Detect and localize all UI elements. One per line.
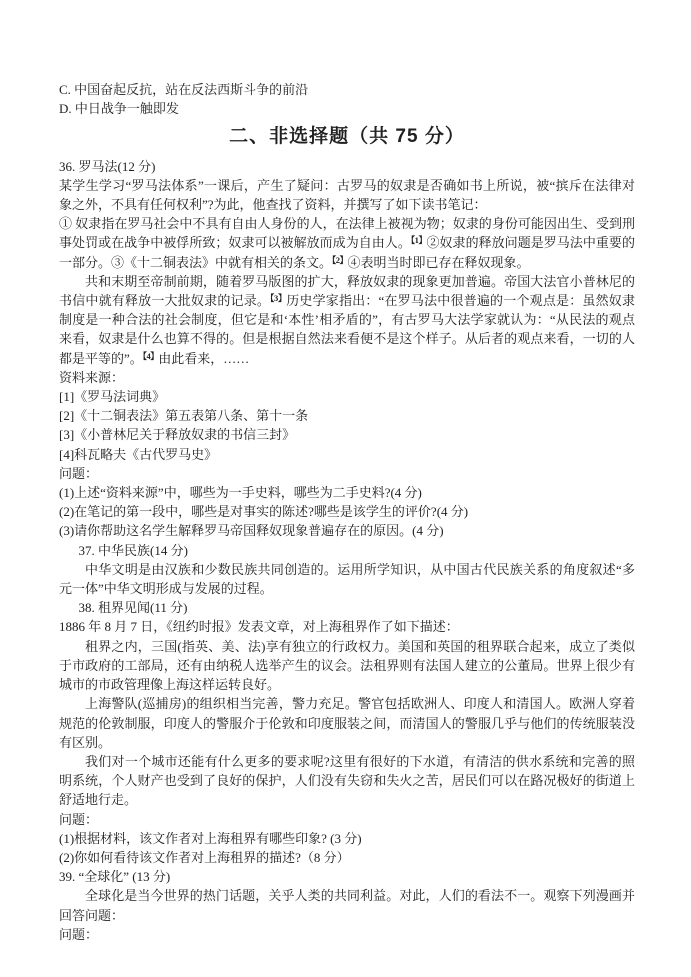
question-36: 36. 罗马法(12 分) 某学生学习“罗马法体系”一课后，产生了疑问：古罗马的… [59,157,635,541]
footnote-ref: 【4】 [143,351,159,361]
question-39: 39. “全球化” (13 分) 全球化是当今世界的热门话题，关乎人类的共同利益… [59,867,635,944]
footnote-ref: 【3】 [270,293,286,303]
exam-content: C. 中国奋起反抗，站在反法西斯斗争的前沿 D. 中日战争一触即发 二、非选择题… [59,80,635,944]
q36-intro: 某学生学习“罗马法体系”一课后，产生了疑问：古罗马的奴隶是否确如书上所说，被“摈… [59,176,635,214]
text-segment: 由此看来，…… [158,351,249,366]
q39-title: 39. “全球化” (13 分) [59,867,635,886]
footnote-ref: 【1】 [411,235,427,245]
exam-page: C. 中国奋起反抗，站在反法西斯斗争的前沿 D. 中日战争一触即发 二、非选择题… [0,0,691,977]
q36-reading-notes: ① 奴隶指在罗马社会中不具有自由人身份的人，在法律上被视为物；奴隶的身份可能因出… [59,214,635,272]
q36-paragraph-2: 共和末期至帝制前期，随着罗马版图的扩大，释放奴隶的现象更加普遍。帝国大法官小普林… [59,272,635,368]
q36-questions-label: 问题： [59,464,635,483]
q38-paragraph-3: 我们对一个城市还能有什么更多的要求呢?这里有很好的下水道，有清洁的供水系统和完善… [59,752,635,810]
q38-intro: 1886 年 8 月 7 日，《纽约时报》发表文章，对上海租界作了如下描述： [59,617,635,636]
text-segment: ④表明当时即已存在释奴现象。 [348,255,530,270]
question-37: 37. 中华民族(14 分) 中华文明是由汉族和少数民族共同创造的。运用所学知识… [59,541,635,599]
q36-sub-question-3: (3)请你帮助这名学生解释罗马帝国释奴现象普遍存在的原因。(4 分) [59,521,635,540]
q36-sub-question-2: (2)在笔记的第一段中，哪些是对事实的陈述?哪些是该学生的评价?(4 分) [59,502,635,521]
q39-questions-label: 问题： [59,925,635,944]
q38-title: 38. 租界见闻(11 分) [79,598,636,617]
q38-sub-question-1: (1)根据材料，该文作者对上海租界有哪些印象? (3 分) [59,829,635,848]
q38-paragraph-2: 上海警队(巡捕房)的组织相当完善，警力充足。警官包括欧洲人、印度人和清国人。欧洲… [59,694,635,752]
q37-title: 37. 中华民族(14 分) [79,541,636,560]
q36-title: 36. 罗马法(12 分) [59,157,635,176]
q38-sub-question-2: (2)你如何看待该文作者对上海租界的描述?（8 分） [59,848,635,867]
q37-body: 中华文明是由汉族和少数民族共同创造的。运用所学知识，从中国古代民族关系的角度叙述… [59,560,635,598]
q36-source-4: [4]科瓦略夫《古代罗马史》 [59,445,635,464]
q36-source-3: [3]《小普林尼关于释放奴隶的书信三封》 [59,425,635,444]
q38-questions-label: 问题： [59,810,635,829]
option-c: C. 中国奋起反抗，站在反法西斯斗争的前沿 [59,80,635,99]
question-38: 38. 租界见闻(11 分) 1886 年 8 月 7 日，《纽约时报》发表文章… [59,598,635,867]
option-d: D. 中日战争一触即发 [59,99,635,118]
q38-paragraph-1: 租界之内，三国(指英、美、法)享有独立的行政权力。美国和英国的租界联合起来，成立… [59,637,635,695]
q39-body: 全球化是当今世界的热门话题，关乎人类的共同利益。对此，人们的看法不一。观察下列漫… [59,886,635,924]
q36-sources-label: 资料来源： [59,368,635,387]
q36-source-2: [2]《十二铜表法》第五表第八条、第十一条 [59,406,635,425]
q36-source-1: [1]《罗马法词典》 [59,387,635,406]
q36-sub-question-1: (1)上述“资料来源”中，哪些为一手史料，哪些为二手史料?(4 分) [59,483,635,502]
section-heading: 二、非选择题（共 75 分） [59,127,635,146]
footnote-ref: 【2】 [332,255,348,265]
